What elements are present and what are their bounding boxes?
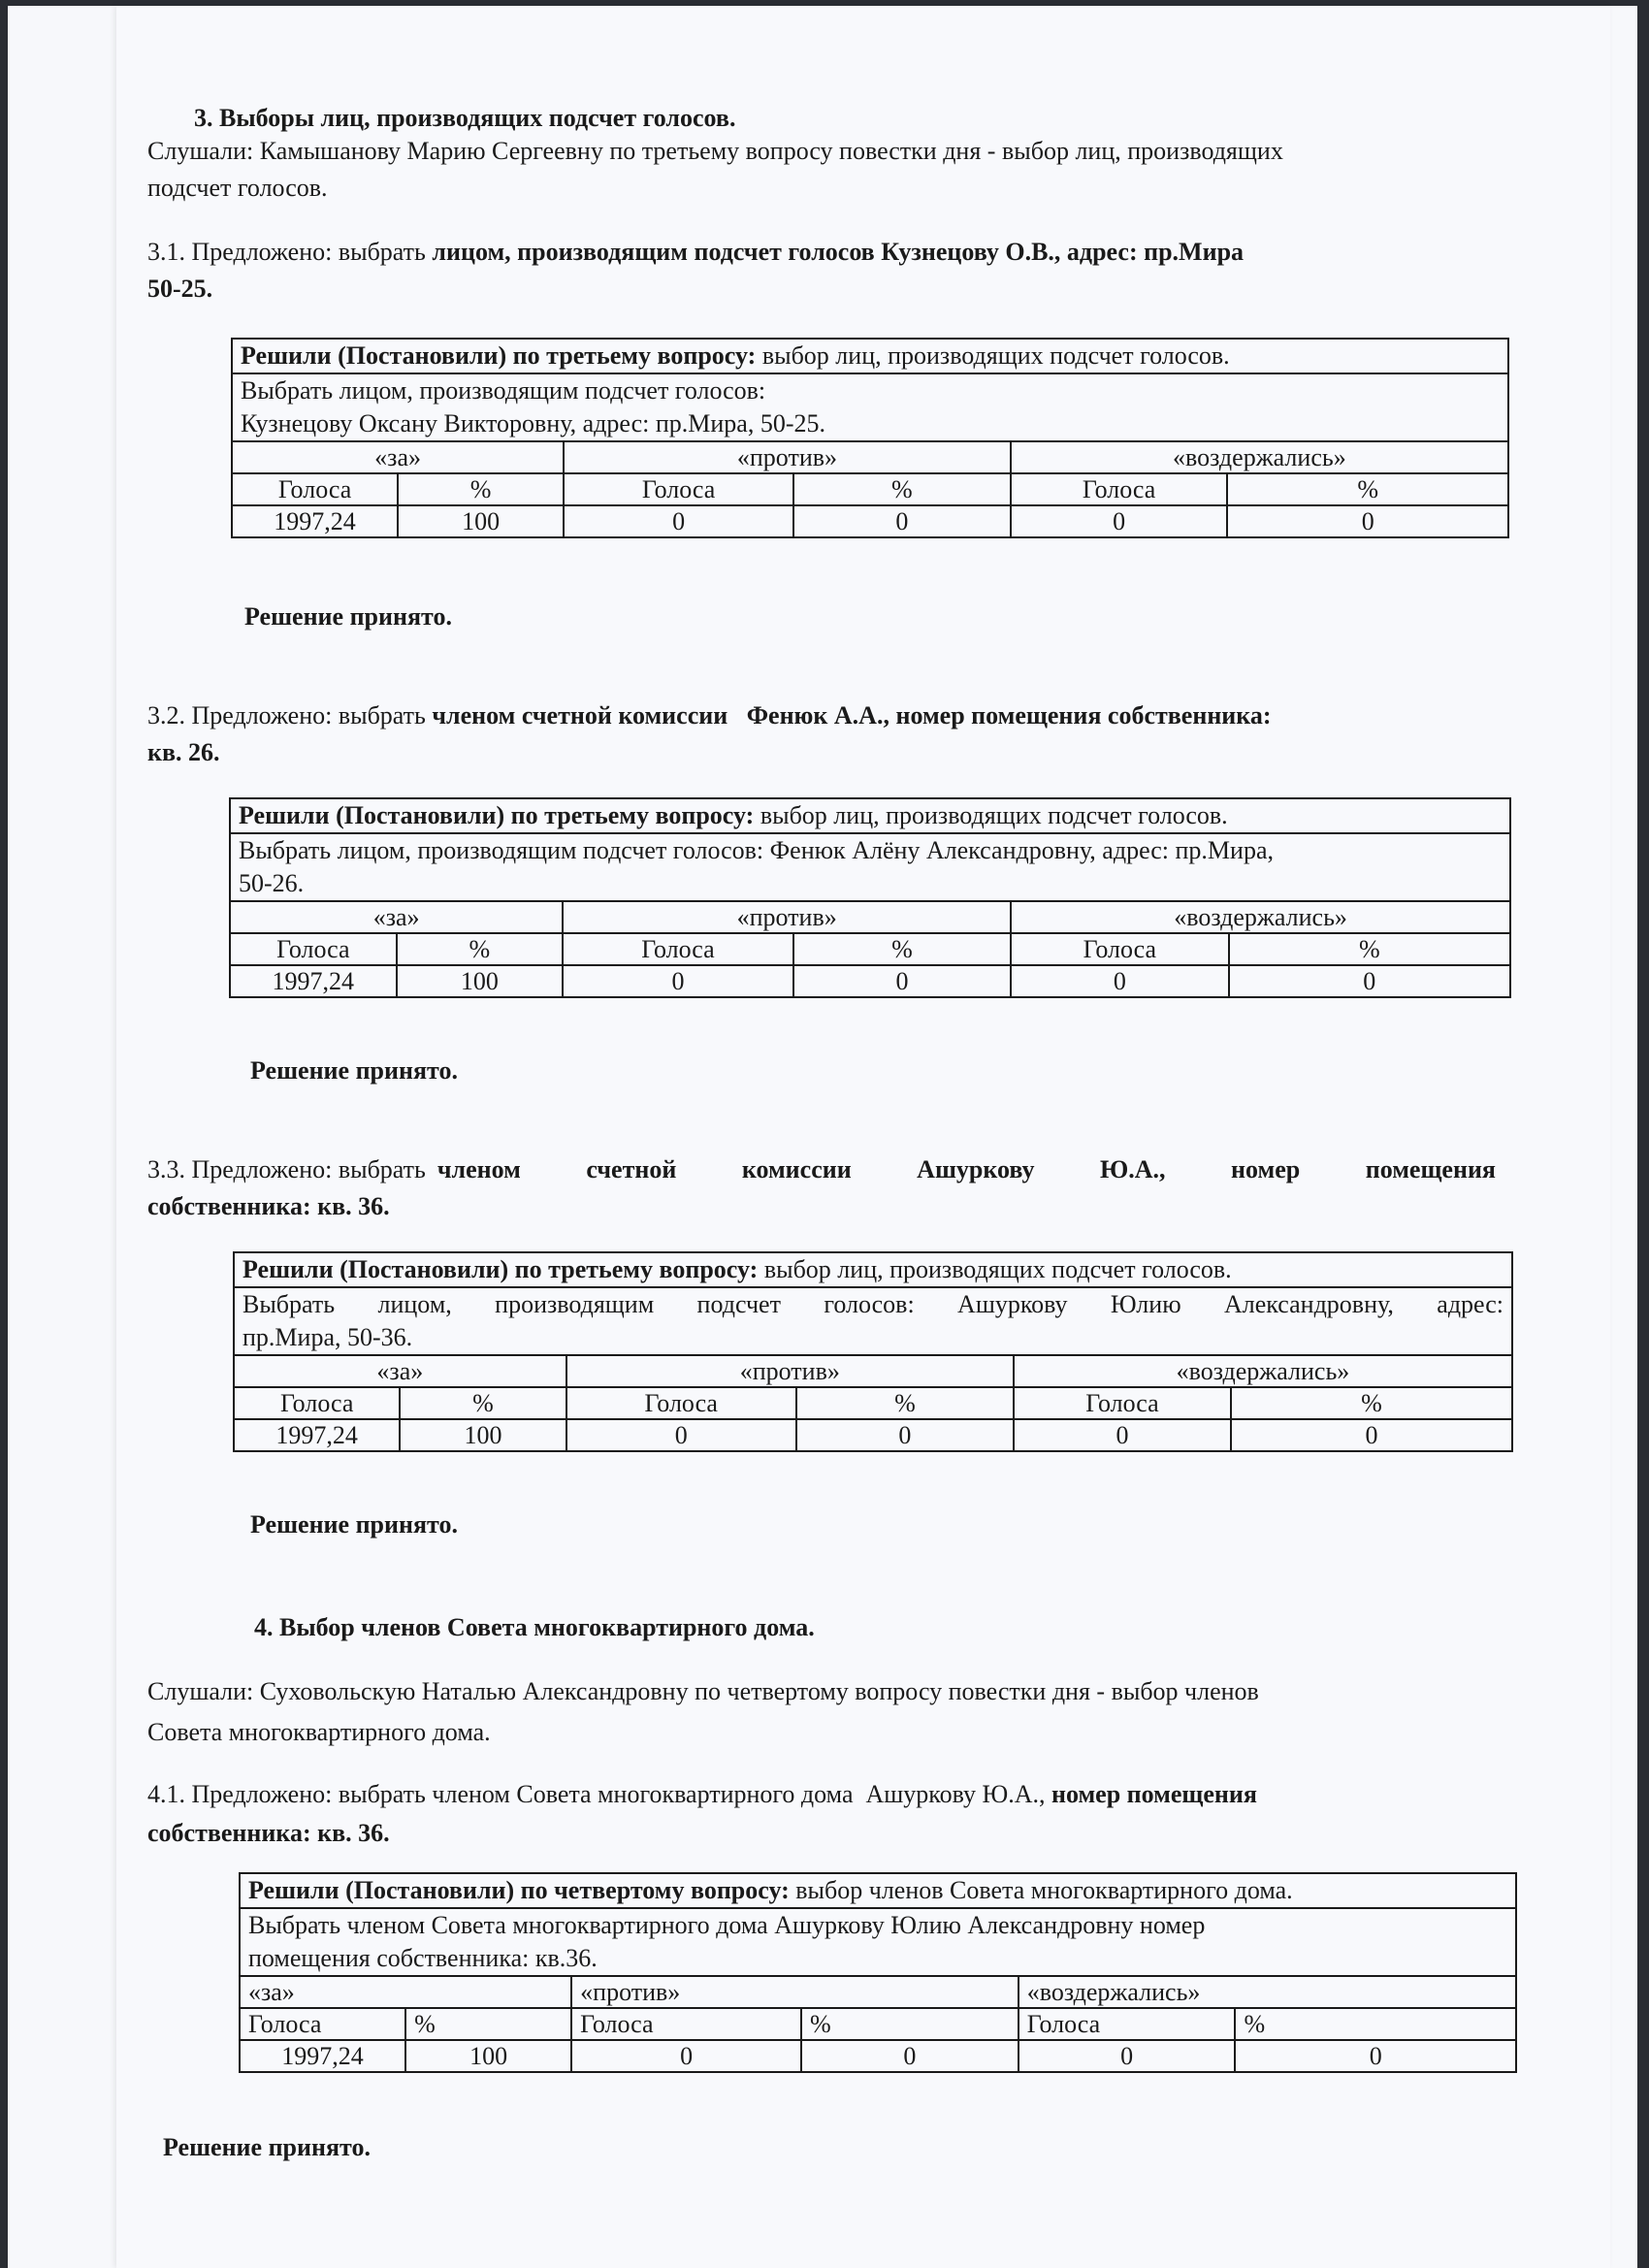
decision-header: Решили (Постановили) по четвертому вопро… bbox=[240, 1873, 1516, 1908]
col-votes: Голоса bbox=[230, 933, 397, 965]
col-percent: % bbox=[405, 2008, 571, 2040]
choice-line-1: Выбрать лицом, производящим подсчет голо… bbox=[241, 374, 1500, 407]
decision-label: Решили (Постановили) по третьему вопросу… bbox=[239, 801, 754, 829]
col-votes: Голоса bbox=[240, 2008, 405, 2040]
proposal-prefix: 3.2. Предложено: выбрать bbox=[147, 701, 432, 729]
col-votes: Голоса bbox=[563, 933, 793, 965]
group-for: «за» bbox=[240, 1976, 571, 2008]
choice-line-1: Выбрать членом Совета многоквартирного д… bbox=[248, 1909, 1507, 1942]
result-4-1: Решение принято. bbox=[163, 2130, 371, 2165]
group-against: «против» bbox=[564, 441, 1011, 473]
section-3-heard-line-2: подсчет голосов. bbox=[147, 171, 328, 206]
abstain-percent: 0 bbox=[1235, 2040, 1516, 2072]
col-votes: Голоса bbox=[566, 1387, 796, 1419]
proposal-prefix: 4.1. Предложено: выбрать членом Совета м… bbox=[147, 1780, 1051, 1808]
table-row: 1997,24 100 0 0 0 0 bbox=[230, 965, 1510, 997]
proposal-bold: членом счетной комиссии Фенюк А.А., номе… bbox=[432, 701, 1271, 729]
col-percent: % bbox=[397, 933, 564, 965]
section-3-heading: 3. Выборы лиц, производящих подсчет голо… bbox=[194, 101, 735, 136]
col-votes: Голоса bbox=[1011, 473, 1228, 505]
against-votes: 0 bbox=[566, 1419, 796, 1451]
section-3-heard-line-1: Слушали: Камышанову Марию Сергеевну по т… bbox=[147, 134, 1283, 169]
col-percent: % bbox=[793, 473, 1011, 505]
decision-header: Решили (Постановили) по третьему вопросу… bbox=[234, 1252, 1512, 1287]
proposal-prefix: 3.3. Предложено: выбрать bbox=[147, 1152, 426, 1187]
proposal-4-1: 4.1. Предложено: выбрать членом Совета м… bbox=[147, 1777, 1257, 1812]
result-3-3: Решение принято. bbox=[250, 1507, 458, 1542]
abstain-percent: 0 bbox=[1229, 965, 1510, 997]
for-percent: 100 bbox=[405, 2040, 571, 2072]
vote-table-3-2: Решили (Постановили) по третьему вопросу… bbox=[229, 797, 1511, 998]
abstain-votes: 0 bbox=[1011, 965, 1228, 997]
decision-text: выбор лиц, производящих подсчет голосов. bbox=[758, 1255, 1231, 1283]
against-votes: 0 bbox=[563, 965, 793, 997]
for-votes: 1997,24 bbox=[240, 2040, 405, 2072]
section-4-heard-line-2: Совета многоквартирного дома. bbox=[147, 1715, 491, 1750]
proposal-3-1: 3.1. Предложено: выбрать лицом, производ… bbox=[147, 235, 1492, 270]
choice-line-2: пр.Мира, 50-36. bbox=[242, 1321, 1503, 1354]
group-for: «за» bbox=[230, 901, 563, 933]
proposal-bold: членом счетной комиссии Ашуркову Ю.А., н… bbox=[437, 1152, 1496, 1187]
group-abstain: «воздержались» bbox=[1014, 1355, 1512, 1387]
against-votes: 0 bbox=[571, 2040, 801, 2072]
col-percent: % bbox=[398, 473, 564, 505]
abstain-percent: 0 bbox=[1231, 1419, 1512, 1451]
col-percent: % bbox=[1231, 1387, 1512, 1419]
col-votes: Голоса bbox=[1011, 933, 1228, 965]
col-votes: Голоса bbox=[571, 2008, 801, 2040]
group-against: «против» bbox=[566, 1355, 1014, 1387]
for-votes: 1997,24 bbox=[232, 505, 398, 537]
choice-line-2: 50-26. bbox=[239, 867, 1502, 900]
group-abstain: «воздержались» bbox=[1018, 1976, 1516, 2008]
group-abstain: «воздержались» bbox=[1011, 901, 1510, 933]
for-percent: 100 bbox=[398, 505, 564, 537]
for-percent: 100 bbox=[397, 965, 564, 997]
col-percent: % bbox=[400, 1387, 566, 1419]
decision-text: выбор лиц, производящих подсчет голосов. bbox=[754, 801, 1227, 829]
col-votes: Голоса bbox=[234, 1387, 400, 1419]
col-votes: Голоса bbox=[564, 473, 793, 505]
col-votes: Голоса bbox=[1018, 2008, 1236, 2040]
decision-label: Решили (Постановили) по четвертому вопро… bbox=[248, 1876, 790, 1904]
section-4-heard-line-1: Слушали: Суховольскую Наталью Александро… bbox=[147, 1674, 1259, 1709]
group-abstain: «воздержались» bbox=[1011, 441, 1508, 473]
for-percent: 100 bbox=[400, 1419, 566, 1451]
abstain-votes: 0 bbox=[1011, 505, 1228, 537]
decision-choice: Выбрать членом Совета многоквартирного д… bbox=[240, 1908, 1516, 1976]
choice-line-2: Кузнецову Оксану Викторовну, адрес: пр.М… bbox=[241, 407, 1500, 440]
decision-text: выбор лиц, производящих подсчет голосов. bbox=[756, 341, 1229, 370]
col-percent: % bbox=[796, 1387, 1014, 1419]
proposal-prefix: 3.1. Предложено: выбрать bbox=[147, 238, 432, 266]
abstain-votes: 0 bbox=[1018, 2040, 1236, 2072]
section-4-heading: 4. Выбор членов Совета многоквартирного … bbox=[254, 1610, 815, 1645]
proposal-4-1-line-2: собственника: кв. 36. bbox=[147, 1816, 390, 1851]
group-against: «против» bbox=[563, 901, 1011, 933]
for-votes: 1997,24 bbox=[230, 965, 397, 997]
table-row: 1997,24 100 0 0 0 0 bbox=[234, 1419, 1512, 1451]
against-percent: 0 bbox=[793, 965, 1011, 997]
col-votes: Голоса bbox=[232, 473, 398, 505]
vote-table-3-3: Решили (Постановили) по третьему вопросу… bbox=[233, 1251, 1513, 1452]
vote-table-4-1: Решили (Постановили) по четвертому вопро… bbox=[239, 1872, 1517, 2073]
abstain-votes: 0 bbox=[1014, 1419, 1231, 1451]
decision-choice: Выбрать лицом, производящим подсчет голо… bbox=[234, 1287, 1512, 1355]
result-3-1: Решение принято. bbox=[244, 599, 452, 634]
col-percent: % bbox=[1227, 473, 1508, 505]
proposal-3-2: 3.2. Предложено: выбрать членом счетной … bbox=[147, 698, 1272, 733]
proposal-bold: номер помещения bbox=[1051, 1780, 1257, 1808]
decision-text: выбор членов Совета многоквартирного дом… bbox=[790, 1876, 1293, 1904]
result-3-2: Решение принято. bbox=[250, 1053, 458, 1088]
group-for: «за» bbox=[234, 1355, 566, 1387]
choice-line-2: помещения собственника: кв.36. bbox=[248, 1942, 1507, 1975]
decision-header: Решили (Постановили) по третьему вопросу… bbox=[232, 339, 1508, 373]
proposal-3-2-line-2: кв. 26. bbox=[147, 735, 220, 770]
col-percent: % bbox=[801, 2008, 1018, 2040]
proposal-3-3: 3.3. Предложено: выбрать членом счетной … bbox=[147, 1152, 1496, 1187]
decision-label: Решили (Постановили) по третьему вопросу… bbox=[242, 1255, 758, 1283]
col-percent: % bbox=[1235, 2008, 1516, 2040]
proposal-3-1-line-2: 50-25. bbox=[147, 272, 212, 307]
abstain-percent: 0 bbox=[1227, 505, 1508, 537]
against-percent: 0 bbox=[793, 505, 1011, 537]
col-percent: % bbox=[793, 933, 1011, 965]
for-votes: 1997,24 bbox=[234, 1419, 400, 1451]
group-against: «против» bbox=[571, 1976, 1018, 2008]
against-percent: 0 bbox=[796, 1419, 1014, 1451]
against-percent: 0 bbox=[801, 2040, 1018, 2072]
decision-label: Решили (Постановили) по третьему вопросу… bbox=[241, 341, 756, 370]
group-for: «за» bbox=[232, 441, 564, 473]
table-row: 1997,24 100 0 0 0 0 bbox=[240, 2040, 1516, 2072]
table-row: 1997,24 100 0 0 0 0 bbox=[232, 505, 1508, 537]
col-votes: Голоса bbox=[1014, 1387, 1231, 1419]
col-percent: % bbox=[1229, 933, 1510, 965]
decision-header: Решили (Постановили) по третьему вопросу… bbox=[230, 798, 1510, 833]
choice-line-1: Выбрать лицом, производящим подсчет голо… bbox=[242, 1288, 1503, 1321]
choice-line-1: Выбрать лицом, производящим подсчет голо… bbox=[239, 834, 1502, 867]
proposal-bold: лицом, производящим подсчет голосов Кузн… bbox=[432, 238, 1244, 266]
decision-choice: Выбрать лицом, производящим подсчет голо… bbox=[232, 373, 1508, 441]
against-votes: 0 bbox=[564, 505, 793, 537]
decision-choice: Выбрать лицом, производящим подсчет голо… bbox=[230, 833, 1510, 901]
vote-table-3-1: Решили (Постановили) по третьему вопросу… bbox=[231, 338, 1509, 538]
proposal-3-3-line-2: собственника: кв. 36. bbox=[147, 1189, 390, 1224]
